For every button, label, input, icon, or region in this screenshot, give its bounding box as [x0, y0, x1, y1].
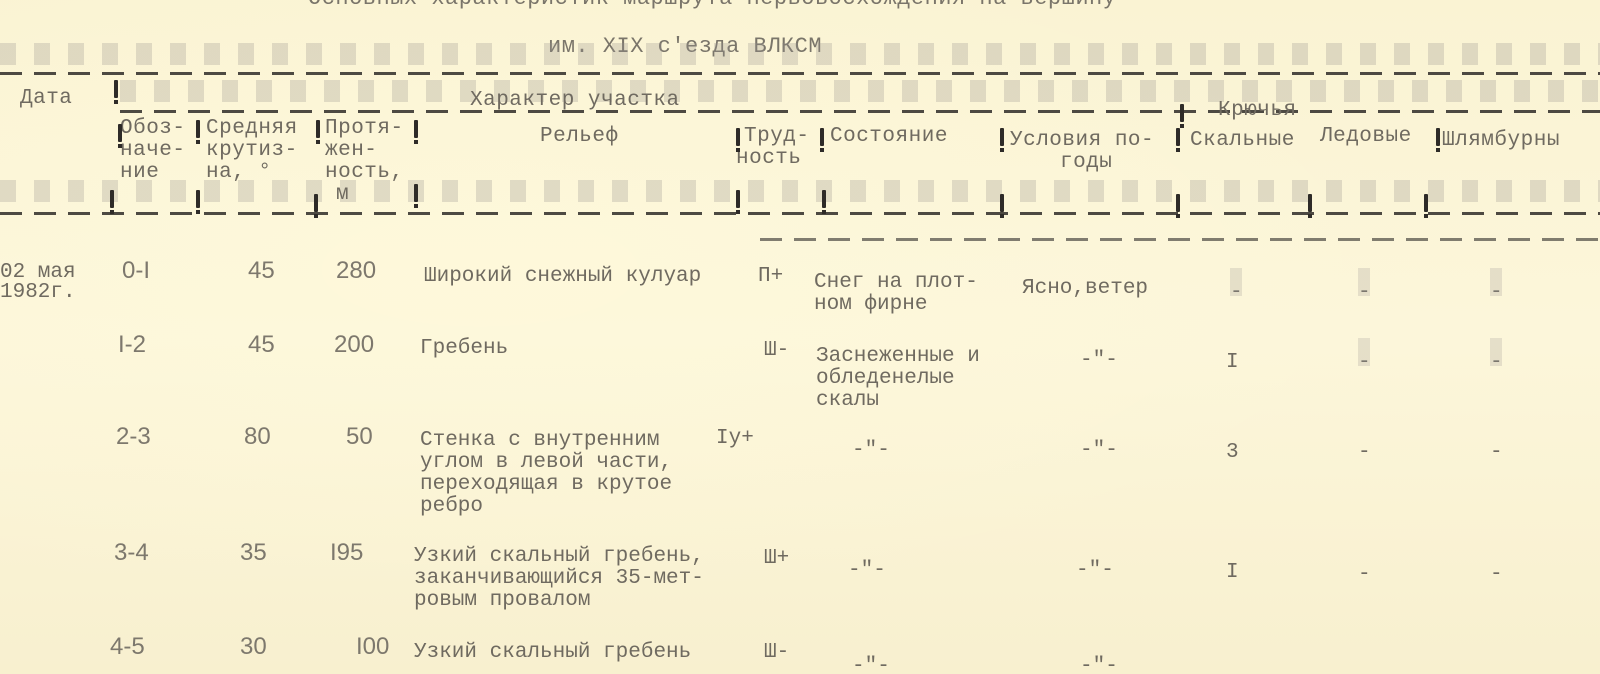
row4-relief-3: ровым провалом [414, 590, 590, 612]
column-separator [1000, 194, 1004, 212]
row2-designation: I-2 [118, 334, 146, 356]
row3-relief-3: переходящая в крутое [420, 474, 672, 496]
row3-bolts: - [1490, 442, 1503, 464]
header-length-2: жен- [325, 140, 377, 162]
row4-ice: - [1358, 564, 1371, 586]
row1-designation: 0-I [122, 260, 150, 282]
row4-bolts: - [1490, 564, 1503, 586]
header-weather-2: годы [1060, 152, 1112, 174]
row3-relief-2: углом в левой части, [420, 452, 672, 474]
ghost-row [0, 43, 1600, 65]
row2-length: 200 [334, 334, 374, 356]
header-designation-3: ние [120, 162, 159, 184]
row3-relief-1: Стенка с внутренним [420, 430, 659, 452]
row1-date-2: 1982г. [0, 282, 76, 304]
row2-difficulty: Ш- [764, 340, 789, 362]
row1-relief: Широкий снежный кулуар [424, 266, 701, 288]
row4-rock: I [1226, 562, 1239, 584]
ink-smudge [1490, 338, 1502, 366]
column-separator [196, 190, 200, 208]
row2-state-2: обледенелые [816, 368, 955, 390]
row4-difficulty: Ш+ [764, 548, 789, 570]
column-separator [414, 184, 418, 202]
header-rock-pitons: Скальные [1190, 130, 1295, 152]
header-date: Дата [20, 88, 72, 110]
row4-relief-2: заканчивающийся 35-мет- [414, 568, 704, 590]
row2-rock: I [1226, 352, 1239, 374]
row4-length: I95 [330, 542, 363, 564]
column-separator [1000, 128, 1004, 146]
column-separator [736, 190, 740, 208]
row5-length: I00 [356, 636, 389, 658]
column-separator [316, 120, 320, 138]
column-separator [1180, 104, 1184, 122]
header-subrule [120, 110, 1600, 113]
header-length-4: м [336, 184, 349, 206]
header-pitons-group: Крючья [1218, 100, 1297, 122]
header-bolts: Шлямбурны [1442, 130, 1560, 152]
row1-steepness: 45 [248, 260, 275, 282]
row5-difficulty: Ш- [764, 642, 789, 664]
row5-state: -"- [852, 656, 890, 674]
header-bottom-rule-2 [760, 238, 1600, 241]
column-separator [110, 190, 114, 208]
column-separator [1436, 128, 1440, 146]
row3-designation: 2-3 [116, 426, 151, 448]
row3-rock: 3 [1226, 442, 1239, 464]
column-separator [1176, 128, 1180, 146]
column-separator [822, 190, 826, 208]
header-length-1: Протя- [325, 118, 404, 140]
header-relief: Рельеф [540, 126, 619, 148]
header-difficulty-2: ность [736, 148, 802, 170]
column-separator [114, 80, 118, 98]
row2-relief: Гребень [420, 338, 508, 360]
header-steepness-1: Средняя [206, 118, 298, 140]
row3-difficulty: Iу+ [716, 428, 754, 450]
column-separator [1424, 194, 1428, 212]
column-separator [1176, 194, 1180, 212]
header-state: Состояние [830, 126, 948, 148]
header-difficulty-1: Труд- [744, 126, 810, 148]
row1-length: 280 [336, 260, 376, 282]
row4-designation: 3-4 [114, 542, 149, 564]
column-separator [118, 124, 122, 142]
row4-relief-1: Узкий скальный гребень, [414, 546, 704, 568]
ink-smudge [1358, 338, 1370, 366]
row3-relief-4: ребро [420, 496, 483, 518]
column-separator [736, 128, 740, 146]
header-designation-1: Обоз- [120, 118, 186, 140]
row5-designation: 4-5 [110, 636, 145, 658]
ink-smudge [1490, 268, 1502, 296]
header-length-3: ность, [325, 162, 404, 184]
header-steepness-2: крутиз- [206, 140, 298, 162]
document-title-line1: Основных характеристик маршрута первовос… [308, 0, 1116, 10]
column-separator [820, 128, 824, 146]
row3-length: 50 [346, 426, 373, 448]
column-separator [314, 194, 318, 212]
row4-weather: -"- [1076, 560, 1114, 582]
row2-state-1: Заснеженные и [816, 346, 980, 368]
row2-steepness: 45 [248, 334, 275, 356]
row3-ice: - [1358, 442, 1371, 464]
row1-difficulty: П+ [758, 266, 783, 288]
row5-weather: -"- [1080, 656, 1118, 674]
table-top-rule [0, 72, 1600, 75]
row1-state-1: Снег на плот- [814, 272, 978, 294]
column-separator [1308, 194, 1312, 212]
header-steepness-3: на, ° [206, 162, 272, 184]
header-weather-1: Условия по- [1010, 130, 1154, 152]
ink-smudge [1230, 268, 1242, 296]
row2-weather: -"- [1080, 350, 1118, 372]
header-bottom-rule [0, 212, 1600, 215]
row5-relief: Узкий скальный гребень [414, 642, 691, 664]
header-ice-pitons: Ледовые [1320, 126, 1412, 148]
row4-state: -"- [848, 560, 886, 582]
row4-steepness: 35 [240, 542, 267, 564]
column-separator [414, 120, 418, 138]
header-designation-2: наче- [120, 140, 186, 162]
row5-steepness: 30 [240, 636, 267, 658]
row3-steepness: 80 [244, 426, 271, 448]
ink-smudge [1358, 268, 1370, 296]
row3-state: -"- [852, 440, 890, 462]
row2-state-3: скалы [816, 390, 879, 412]
row3-weather: -"- [1080, 440, 1118, 462]
ghost-row [120, 80, 1600, 102]
row1-state-2: ном фирне [814, 294, 927, 316]
header-character-group: Характер участка [470, 90, 680, 112]
row1-weather: Ясно,ветер [1022, 278, 1148, 300]
column-separator [196, 120, 200, 138]
